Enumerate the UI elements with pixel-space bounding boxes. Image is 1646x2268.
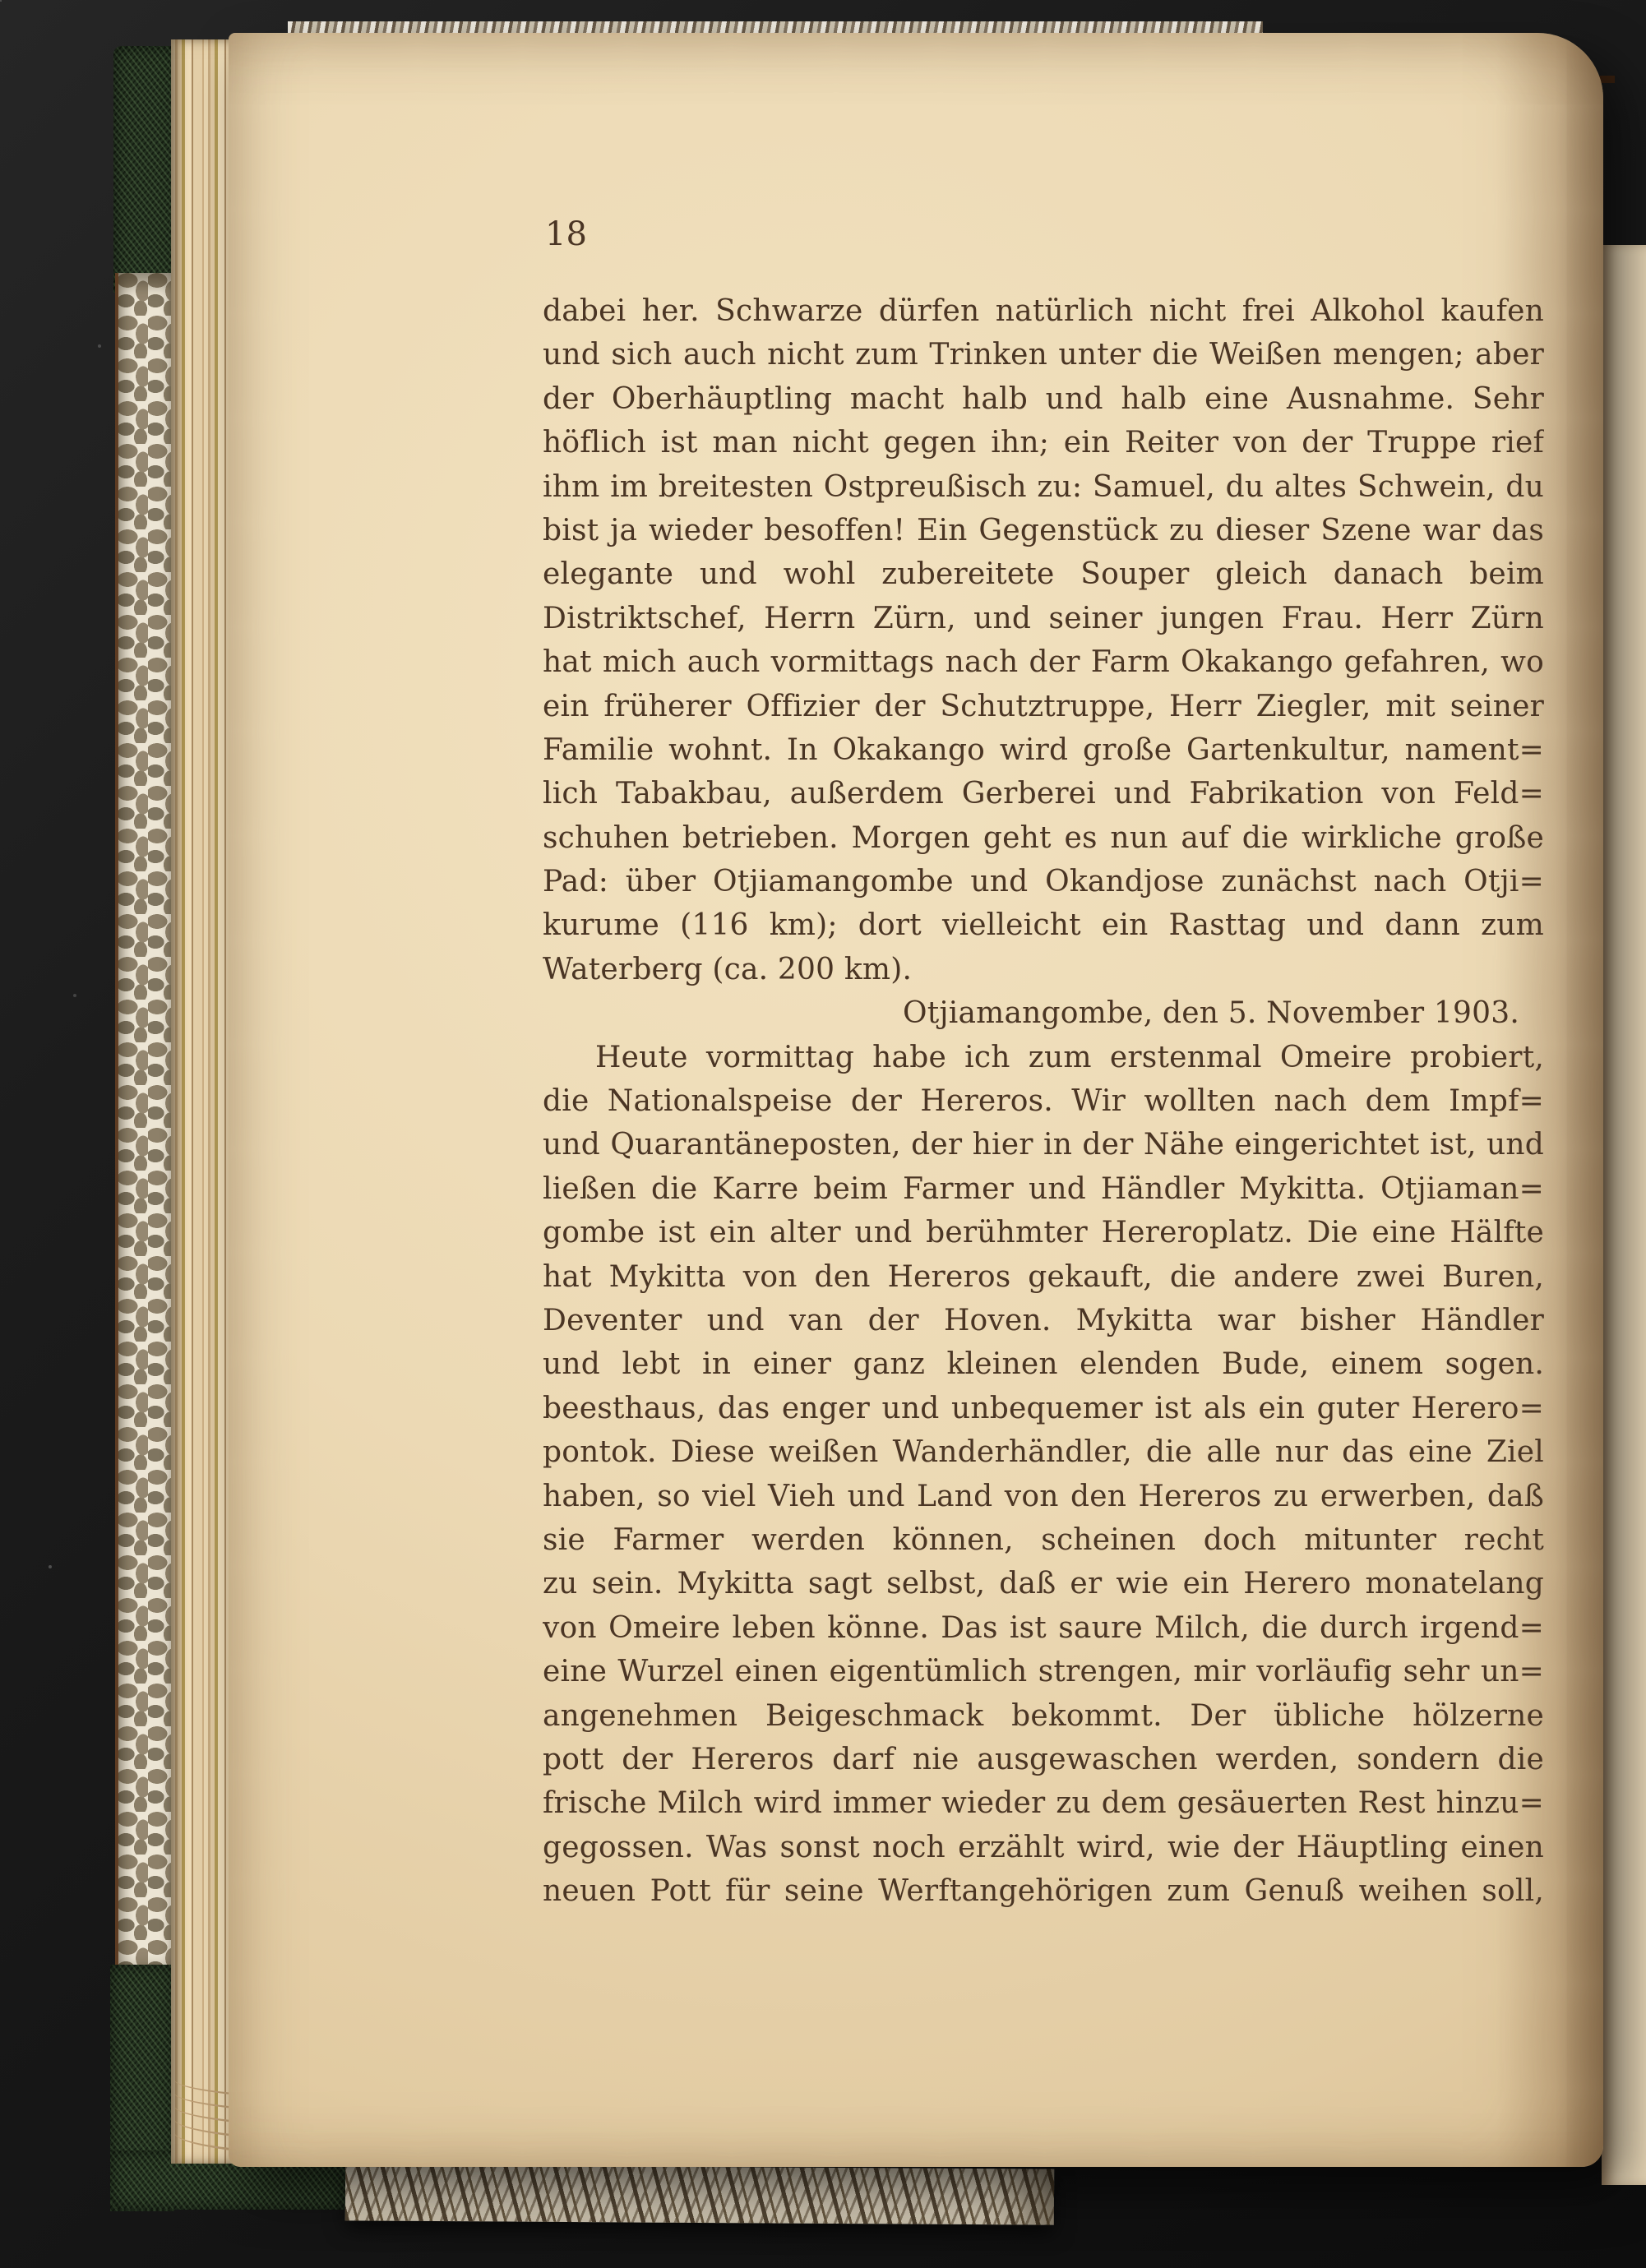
text-line: ließen die Karre beim Farmer und Händler… [543, 1167, 1544, 1211]
text-line: pontok. Diese weißen Wanderhändler, die … [543, 1430, 1544, 1474]
text-line: Familie wohnt. In Okakango wird große Ga… [543, 728, 1544, 772]
text-line: der Oberhäuptling macht halb und halb ei… [543, 377, 1544, 421]
text-line: hat Mykitta von den Hereros gekauft, die… [543, 1255, 1544, 1299]
text-line: sie Farmer werden können, scheinen doch … [543, 1518, 1544, 1562]
text-line: eine Wurzel einen eigentümlich strengen,… [543, 1650, 1544, 1693]
text-line: Waterberg (ca. 200 km). [543, 948, 1544, 991]
text-line: die Nationalspeise der Hereros. Wir woll… [543, 1079, 1544, 1123]
text-line: neuen Pott für seine Werftangehörigen zu… [543, 1869, 1544, 1913]
page-number: 18 [545, 215, 587, 253]
text-line: gegossen. Was sonst noch erzählt wird, w… [543, 1826, 1544, 1869]
text-line: hat mich auch vormittags nach der Farm O… [543, 640, 1544, 684]
text-line: zu sein. Mykitta sagt selbst, daß er wie… [543, 1562, 1544, 1605]
text-line: Deventer und van der Hoven. Mykitta war … [543, 1299, 1544, 1342]
text-line: höflich ist man nicht gegen ihn; ein Rei… [543, 421, 1544, 464]
text-line: pott der Hereros darf nie ausgewaschen w… [543, 1738, 1544, 1781]
text-line: bist ja wieder besoffen! Ein Gegenstück … [543, 509, 1544, 552]
text-line: und Quarantäneposten, der hier in der Nä… [543, 1123, 1544, 1166]
page-text: dabei her. Schwarze dürfen natürlich nic… [543, 289, 1544, 1913]
book-page: 18 dabei her. Schwarze dürfen natürlich … [229, 33, 1603, 2167]
book-photo: 18 dabei her. Schwarze dürfen natürlich … [0, 0, 1646, 2268]
text-line: Distriktschef, Herrn Zürn, und seiner ju… [543, 597, 1544, 640]
text-line: kurume (116 km); dort vielleicht ein Ras… [543, 903, 1544, 947]
text-line: frische Milch wird immer wieder zu dem g… [543, 1781, 1544, 1825]
text-line: und sich auch nicht zum Trinken unter di… [543, 333, 1544, 376]
text-line: lich Tabakbau, außerdem Gerberei und Fab… [543, 772, 1544, 815]
text-line: gombe ist ein alter und berühmter Herero… [543, 1211, 1544, 1254]
binding-cloth-spine-top [113, 46, 178, 293]
text-line: von Omeire leben könne. Das ist saure Mi… [543, 1606, 1544, 1650]
text-line: schuhen betrieben. Morgen geht es nun au… [543, 816, 1544, 860]
text-line: Otjiamangombe, den 5. November 1903. [543, 991, 1544, 1035]
text-line: dabei her. Schwarze dürfen natürlich nic… [543, 289, 1544, 333]
bottom-deckle-strip [345, 2164, 1054, 2224]
text-line: angenehmen Beigeschmack bekommt. Der übl… [543, 1694, 1544, 1738]
text-line: haben, so viel Vieh und Land von den Her… [543, 1475, 1544, 1518]
text-line: Pad: über Otjiamangombe und Okandjose zu… [543, 860, 1544, 903]
text-line: ein früherer Offizier der Schutztruppe, … [543, 685, 1544, 728]
dust-specks [0, 0, 2, 2]
text-line: Heute vormittag habe ich zum erstenmal O… [543, 1036, 1544, 1079]
text-line: und lebt in einer ganz kleinen elenden B… [543, 1342, 1544, 1386]
next-page-sliver [1602, 245, 1646, 2185]
text-line: beesthaus, das enger und unbequemer ist … [543, 1387, 1544, 1430]
text-line: ihm im breitesten Ostpreußisch zu: Samue… [543, 465, 1544, 509]
text-line: elegante und wohl zubereitete Souper gle… [543, 552, 1544, 596]
